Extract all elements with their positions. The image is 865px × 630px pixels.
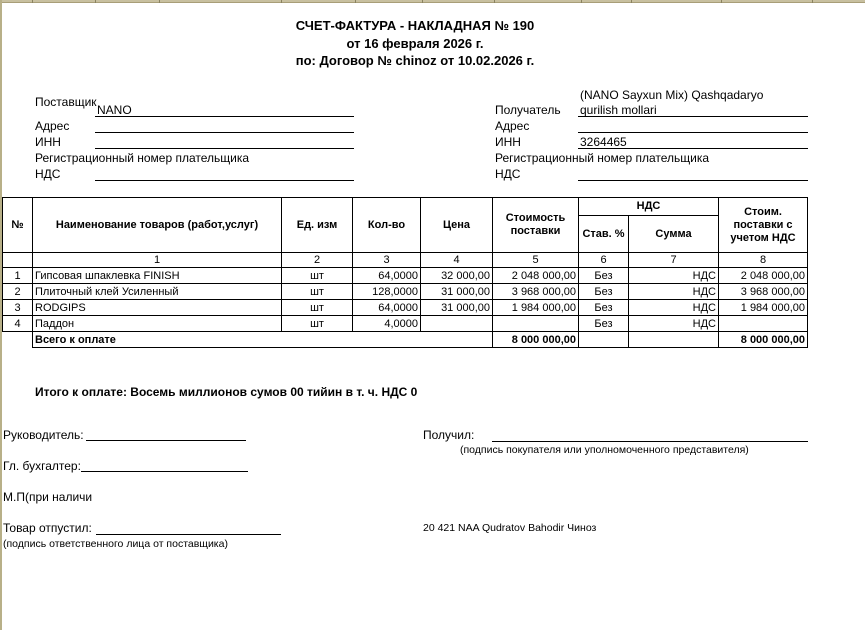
column-number: 4 xyxy=(421,253,493,268)
row-cost: 1 984 000,00 xyxy=(493,300,579,316)
column-notch xyxy=(581,0,582,3)
header-price: Цена xyxy=(421,198,493,253)
recipient-address-underline xyxy=(578,132,808,133)
released-by-note: (подпись ответственного лица от поставщи… xyxy=(3,538,228,550)
supplier-nds-underline xyxy=(95,180,354,181)
table-row: 4Паддоншт4,0000БезНДС xyxy=(3,316,808,332)
row-cost: 3 968 000,00 xyxy=(493,284,579,300)
total-in-words: Итого к оплате: Восемь миллионов сумов 0… xyxy=(35,385,417,399)
header-nds-rate: Став. % xyxy=(579,216,629,253)
column-number: 1 xyxy=(33,253,282,268)
column-number: 7 xyxy=(629,253,719,268)
column-notch xyxy=(721,0,722,3)
total-row-label: Всего к оплате xyxy=(33,332,493,348)
row-nds-rate: Без xyxy=(579,316,629,332)
row-price: 31 000,00 xyxy=(421,284,493,300)
recipient-inn-value: 3264465 xyxy=(580,135,627,149)
total-row-total: 8 000 000,00 xyxy=(719,332,808,348)
accountant-signature-line xyxy=(81,471,248,472)
supplier-label: Поставщик xyxy=(35,95,97,109)
table-row: 3RODGIPSшт64,000031 000,001 984 000,00Бе… xyxy=(3,300,808,316)
header-cost: Стоимость поставки xyxy=(493,198,579,253)
column-number: 6 xyxy=(579,253,629,268)
header-total-with-nds: Стоим. поставки с учетом НДС xyxy=(719,198,808,253)
recipient-address-label: Адрес xyxy=(495,119,529,133)
row-unit: шт xyxy=(282,316,353,332)
row-num: 1 xyxy=(3,268,33,284)
invoice-title: СЧЕТ-ФАКТУРА - НАКЛАДНАЯ № 190 xyxy=(200,18,630,33)
row-unit: шт xyxy=(282,284,353,300)
row-total xyxy=(719,316,808,332)
recipient-value-line1: (NANO Sayxun Mix) Qashqadaryo xyxy=(580,88,763,102)
column-notch xyxy=(494,0,495,3)
row-total: 1 984 000,00 xyxy=(719,300,808,316)
column-number: 3 xyxy=(353,253,421,268)
recipient-nds-label: НДС xyxy=(495,167,520,181)
supplier-value: NANO xyxy=(97,103,132,117)
row-unit: шт xyxy=(282,268,353,284)
header-qty: Кол-во xyxy=(353,198,421,253)
row-nds-rate: Без xyxy=(579,268,629,284)
row-price: 32 000,00 xyxy=(421,268,493,284)
sheet-top-frame xyxy=(0,0,865,3)
column-notch xyxy=(422,0,423,3)
supplier-address-underline xyxy=(95,132,354,133)
column-notch xyxy=(355,0,356,3)
total-row-nds-sum xyxy=(629,332,719,348)
released-by-signature-line xyxy=(96,534,281,535)
row-total: 2 048 000,00 xyxy=(719,268,808,284)
supplier-nds-label: НДС xyxy=(35,167,60,181)
recipient-inn-label: ИНН xyxy=(495,135,521,149)
invoice-contract: по: Договор № chinoz от 10.02.2026 г. xyxy=(200,53,630,68)
footer-reference: 20 421 NAA Qudratov Bahodir Чиноз xyxy=(423,522,596,534)
supplier-reg-label: Регистрационный номер плательщика xyxy=(35,151,249,165)
row-nds-sum: НДС xyxy=(629,300,719,316)
header-nds-group: НДС xyxy=(579,198,719,216)
row-qty: 128,0000 xyxy=(353,284,421,300)
row-nds-sum: НДС xyxy=(629,268,719,284)
total-row-spacer xyxy=(3,332,33,348)
recipient-reg-label: Регистрационный номер плательщика xyxy=(495,151,709,165)
row-cost xyxy=(493,316,579,332)
released-by-label: Товар отпустил: xyxy=(3,521,92,535)
received-note: (подпись покупателя или уполномоченного … xyxy=(460,444,749,456)
row-num: 2 xyxy=(3,284,33,300)
total-row-cost: 8 000 000,00 xyxy=(493,332,579,348)
row-nds-sum: НДС xyxy=(629,284,719,300)
director-label: Руководитель: xyxy=(3,428,84,442)
header-num: № xyxy=(3,198,33,253)
row-num: 3 xyxy=(3,300,33,316)
table-row: 1Гипсовая шпаклевка FINISHшт64,000032 00… xyxy=(3,268,808,284)
recipient-label: Получатель xyxy=(495,103,561,117)
column-number: 2 xyxy=(282,253,353,268)
row-price: 31 000,00 xyxy=(421,300,493,316)
header-unit: Ед. изм xyxy=(282,198,353,253)
row-unit: шт xyxy=(282,300,353,316)
stamp-label: М.П(при наличи xyxy=(3,490,97,504)
row-nds-sum: НДС xyxy=(629,316,719,332)
column-number-spacer xyxy=(3,253,33,268)
recipient-value-line2: qurilish mollari xyxy=(580,103,657,117)
column-notch xyxy=(32,0,33,3)
table-row: 2Плиточный клей Усиленныйшт128,000031 00… xyxy=(3,284,808,300)
column-number: 5 xyxy=(493,253,579,268)
row-price xyxy=(421,316,493,332)
row-qty: 64,0000 xyxy=(353,268,421,284)
row-cost: 2 048 000,00 xyxy=(493,268,579,284)
column-notch xyxy=(95,0,96,3)
row-nds-rate: Без xyxy=(579,284,629,300)
header-name: Наименование товаров (работ,услуг) xyxy=(33,198,282,253)
received-signature-line xyxy=(492,441,808,442)
invoice-date: от 16 февраля 2026 г. xyxy=(200,36,630,51)
items-table: № Наименование товаров (работ,услуг) Ед.… xyxy=(2,197,808,348)
header-nds-sum: Сумма xyxy=(629,216,719,253)
row-name: Гипсовая шпаклевка FINISH xyxy=(33,268,282,284)
accountant-label: Гл. бухгалтер: xyxy=(3,459,81,473)
column-number: 8 xyxy=(719,253,808,268)
supplier-underline xyxy=(95,116,354,117)
row-nds-rate: Без xyxy=(579,300,629,316)
recipient-underline xyxy=(578,116,808,117)
supplier-address-label: Адрес xyxy=(35,119,69,133)
row-qty: 64,0000 xyxy=(353,300,421,316)
supplier-inn-label: ИНН xyxy=(35,135,61,149)
director-signature-line xyxy=(86,440,246,441)
row-name: Паддон xyxy=(33,316,282,332)
column-number-row: 1 2 3 4 5 6 7 8 xyxy=(3,253,808,268)
row-qty: 4,0000 xyxy=(353,316,421,332)
row-name: Плиточный клей Усиленный xyxy=(33,284,282,300)
total-row: Всего к оплате 8 000 000,00 8 000 000,00 xyxy=(3,332,808,348)
recipient-inn-underline xyxy=(578,148,808,149)
total-row-nds-rate xyxy=(579,332,629,348)
supplier-inn-underline xyxy=(95,148,354,149)
column-notch xyxy=(281,0,282,3)
column-notch xyxy=(159,0,160,3)
received-label: Получил: xyxy=(423,428,474,442)
row-num: 4 xyxy=(3,316,33,332)
column-notch xyxy=(631,0,632,3)
column-notch xyxy=(812,0,813,3)
row-total: 3 968 000,00 xyxy=(719,284,808,300)
recipient-nds-underline xyxy=(578,180,808,181)
row-name: RODGIPS xyxy=(33,300,282,316)
